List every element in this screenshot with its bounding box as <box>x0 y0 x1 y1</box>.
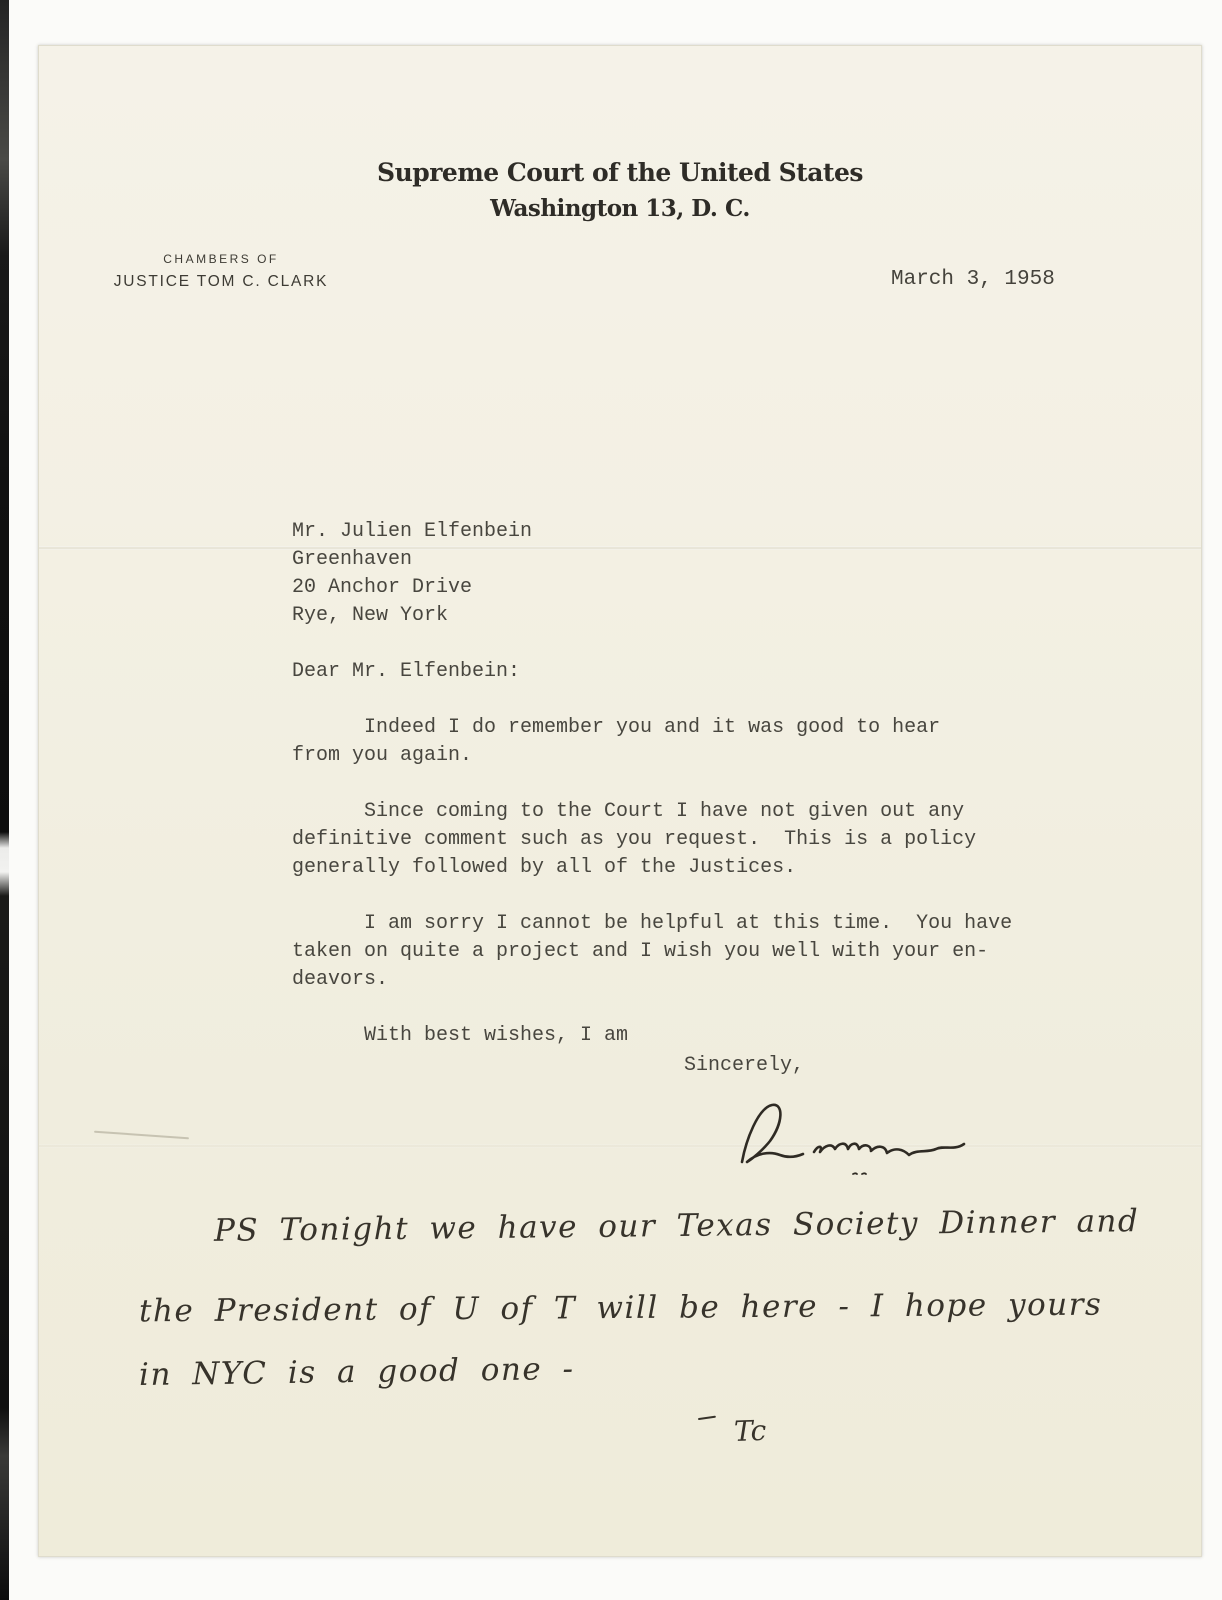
letter-paper: Supreme Court of the United States Washi… <box>38 45 1202 1557</box>
postscript-line-2: the President of U of T will be here - I… <box>139 1287 1103 1330</box>
postscript-line-1: PS Tonight we have our Texas Society Din… <box>214 1203 1140 1249</box>
initials-text: Tc <box>733 1414 766 1448</box>
chambers-block: CHAMBERS OF JUSTICE TOM C. CLARK <box>101 252 341 291</box>
date-line: March 3, 1958 <box>891 268 1055 291</box>
typed-line: definitive comment such as you request. … <box>292 826 1012 854</box>
typed-line: generally followed by all of the Justice… <box>292 854 1012 882</box>
blank-line <box>292 630 1012 658</box>
typed-line: Indeed I do remember you and it was good… <box>292 714 1012 742</box>
small-crease-mark <box>94 1131 189 1140</box>
signature-scribble <box>734 1098 974 1182</box>
typed-line: I am sorry I cannot be helpful at this t… <box>292 910 1012 938</box>
typed-line: Since coming to the Court I have not giv… <box>292 798 1012 826</box>
typed-line: taken on quite a project and I wish you … <box>292 938 1012 966</box>
blank-line <box>292 686 1012 714</box>
initials-underline <box>698 1416 716 1420</box>
letterhead-court-name: Supreme Court of the United States <box>39 158 1201 187</box>
letterhead: Supreme Court of the United States Washi… <box>39 158 1201 222</box>
signoff: Sincerely, <box>684 1054 804 1077</box>
recipient-city: Rye, New York <box>292 602 1012 630</box>
blank-line <box>292 770 1012 798</box>
scanned-letter-page: { "letterhead": { "court": "Supreme Cour… <box>0 0 1222 1600</box>
handwritten-initials: Tc <box>697 1381 769 1515</box>
blank-line <box>292 994 1012 1022</box>
postscript-line-3: in NYC is a good one - <box>139 1351 575 1393</box>
signature-tom-clark <box>734 1098 974 1182</box>
justice-name: JUSTICE TOM C. CLARK <box>101 273 341 291</box>
fold-crease-lower <box>39 1144 1201 1148</box>
closing-line: With best wishes, I am <box>292 1022 1012 1050</box>
scan-edge-strip <box>0 0 9 1600</box>
chambers-label: CHAMBERS OF <box>101 252 341 266</box>
recipient-street: 20 Anchor Drive <box>292 574 1012 602</box>
recipient-name: Mr. Julien Elfenbein <box>292 518 1012 546</box>
typed-line: from you again. <box>292 742 1012 770</box>
letterhead-city-line: Washington 13, D. C. <box>39 195 1201 222</box>
recipient-residence: Greenhaven <box>292 546 1012 574</box>
typed-line: deavors. <box>292 966 1012 994</box>
blank-line <box>292 882 1012 910</box>
letter-body: Mr. Julien Elfenbein Greenhaven 20 Ancho… <box>292 518 1012 1050</box>
salutation: Dear Mr. Elfenbein: <box>292 658 1012 686</box>
